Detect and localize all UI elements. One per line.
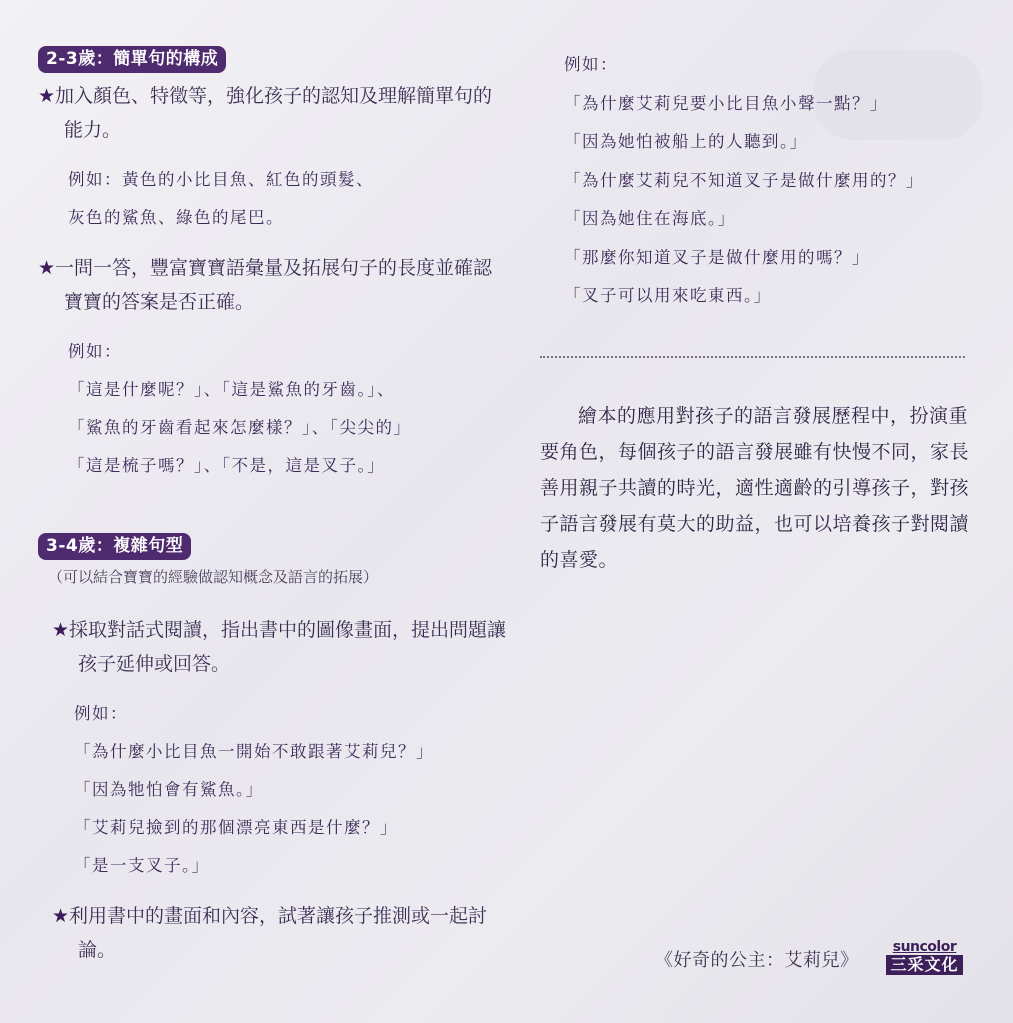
example-text: 黃色的小比目魚、紅色的頭髮、: [122, 170, 374, 189]
example-block: 例如： 「為什麼艾莉兒要小比目魚小聲一點？」 「因為她怕被船上的人聽到。」 「為…: [540, 46, 980, 316]
bullet-text: 採取對話式閱讀，指出書中的圖像畫面，提出問題讓孩子延伸或回答。: [69, 619, 506, 675]
example-block: 例如： 「為什麼小比目魚一開始不敢跟著艾莉兒？」 「因為牠怕會有鯊魚。」 「艾莉…: [38, 695, 508, 885]
example-line: 「鯊魚的牙齒看起來怎麼樣？」、「尖尖的」: [68, 409, 508, 447]
bullet-text: 利用書中的畫面和內容，試著讓孩子推測或一起討論。: [69, 905, 487, 961]
example-line: 「為什麼小比目魚一開始不敢跟著艾莉兒？」: [74, 733, 508, 771]
example-line: 灰色的鯊魚、綠色的尾巴。: [68, 199, 508, 237]
star-icon: ★: [52, 905, 69, 927]
footer: 《好奇的公主：艾莉兒》 suncolor 三采文化: [655, 940, 967, 978]
right-column: 例如： 「為什麼艾莉兒要小比目魚小聲一點？」 「因為她怕被船上的人聽到。」 「為…: [540, 46, 980, 597]
example-line: 例如：黃色的小比目魚、紅色的頭髮、: [68, 161, 508, 199]
bullet-point: ★加入顏色、特徵等，強化孩子的認知及理解簡單句的能力。: [38, 79, 508, 147]
star-icon: ★: [52, 619, 69, 641]
example-label: 例如：: [68, 170, 122, 189]
star-icon: ★: [38, 257, 55, 279]
bullet-point: ★利用書中的畫面和內容，試著讓孩子推測或一起討論。: [52, 899, 508, 967]
example-line: 「是一支叉子。」: [74, 847, 508, 885]
summary-paragraph: 繪本的應用對孩子的語言發展歷程中，扮演重要角色，每個孩子的語言發展雖有快慢不同，…: [540, 398, 972, 578]
section-badge-2-3: 2-3歲：簡單句的構成: [38, 46, 226, 73]
example-line: 「因為她怕被船上的人聽到。」: [564, 123, 980, 162]
page: 2-3歲：簡單句的構成 ★加入顏色、特徵等，強化孩子的認知及理解簡單句的能力。 …: [0, 0, 1013, 1023]
example-line: 「因為牠怕會有鯊魚。」: [74, 771, 508, 809]
book-title: 《好奇的公主：艾莉兒》: [655, 946, 859, 972]
dotted-divider: [540, 356, 965, 358]
example-block: 例如： 「這是什麼呢？」、「這是鯊魚的牙齒。」、 「鯊魚的牙齒看起來怎麼樣？」、…: [38, 333, 508, 485]
logo-chinese: 三采文化: [886, 955, 962, 975]
publisher-logo: suncolor 三采文化: [883, 940, 967, 978]
example-line: 「這是什麼呢？」、「這是鯊魚的牙齒。」、: [68, 371, 508, 409]
example-label: 例如：: [68, 333, 508, 371]
left-column: 2-3歲：簡單句的構成 ★加入顏色、特徵等，強化孩子的認知及理解簡單句的能力。 …: [38, 46, 508, 967]
bullet-text: 一問一答，豐富寶寶語彙量及拓展句子的長度並確認寶寶的答案是否正確。: [55, 257, 492, 313]
example-line: 「艾莉兒撿到的那個漂亮東西是什麼？」: [74, 809, 508, 847]
example-label: 例如：: [564, 46, 980, 85]
logo-english: suncolor: [893, 940, 957, 954]
example-line: 「這是梳子嗎？」、「不是，這是叉子。」: [68, 447, 508, 485]
bullet-point: ★一問一答，豐富寶寶語彙量及拓展句子的長度並確認寶寶的答案是否正確。: [38, 251, 508, 319]
example-line: 「叉子可以用來吃東西。」: [564, 277, 980, 316]
example-line: 「因為她住在海底。」: [564, 200, 980, 239]
example-line: 「為什麼艾莉兒不知道叉子是做什麼用的？」: [564, 162, 980, 201]
section-subnote: （可以結合寶寶的經驗做認知概念及語言的拓展）: [48, 566, 508, 587]
bullet-text: 加入顏色、特徵等，強化孩子的認知及理解簡單句的能力。: [55, 85, 492, 141]
example-label: 例如：: [74, 695, 508, 733]
bullet-point: ★採取對話式閱讀，指出書中的圖像畫面，提出問題讓孩子延伸或回答。: [52, 613, 508, 681]
example-line: 「為什麼艾莉兒要小比目魚小聲一點？」: [564, 85, 980, 124]
section-badge-3-4: 3-4歲：複雜句型: [38, 533, 191, 560]
example-line: 「那麼你知道叉子是做什麼用的嗎？」: [564, 239, 980, 278]
star-icon: ★: [38, 85, 55, 107]
example-block: 例如：黃色的小比目魚、紅色的頭髮、 灰色的鯊魚、綠色的尾巴。: [38, 161, 508, 237]
